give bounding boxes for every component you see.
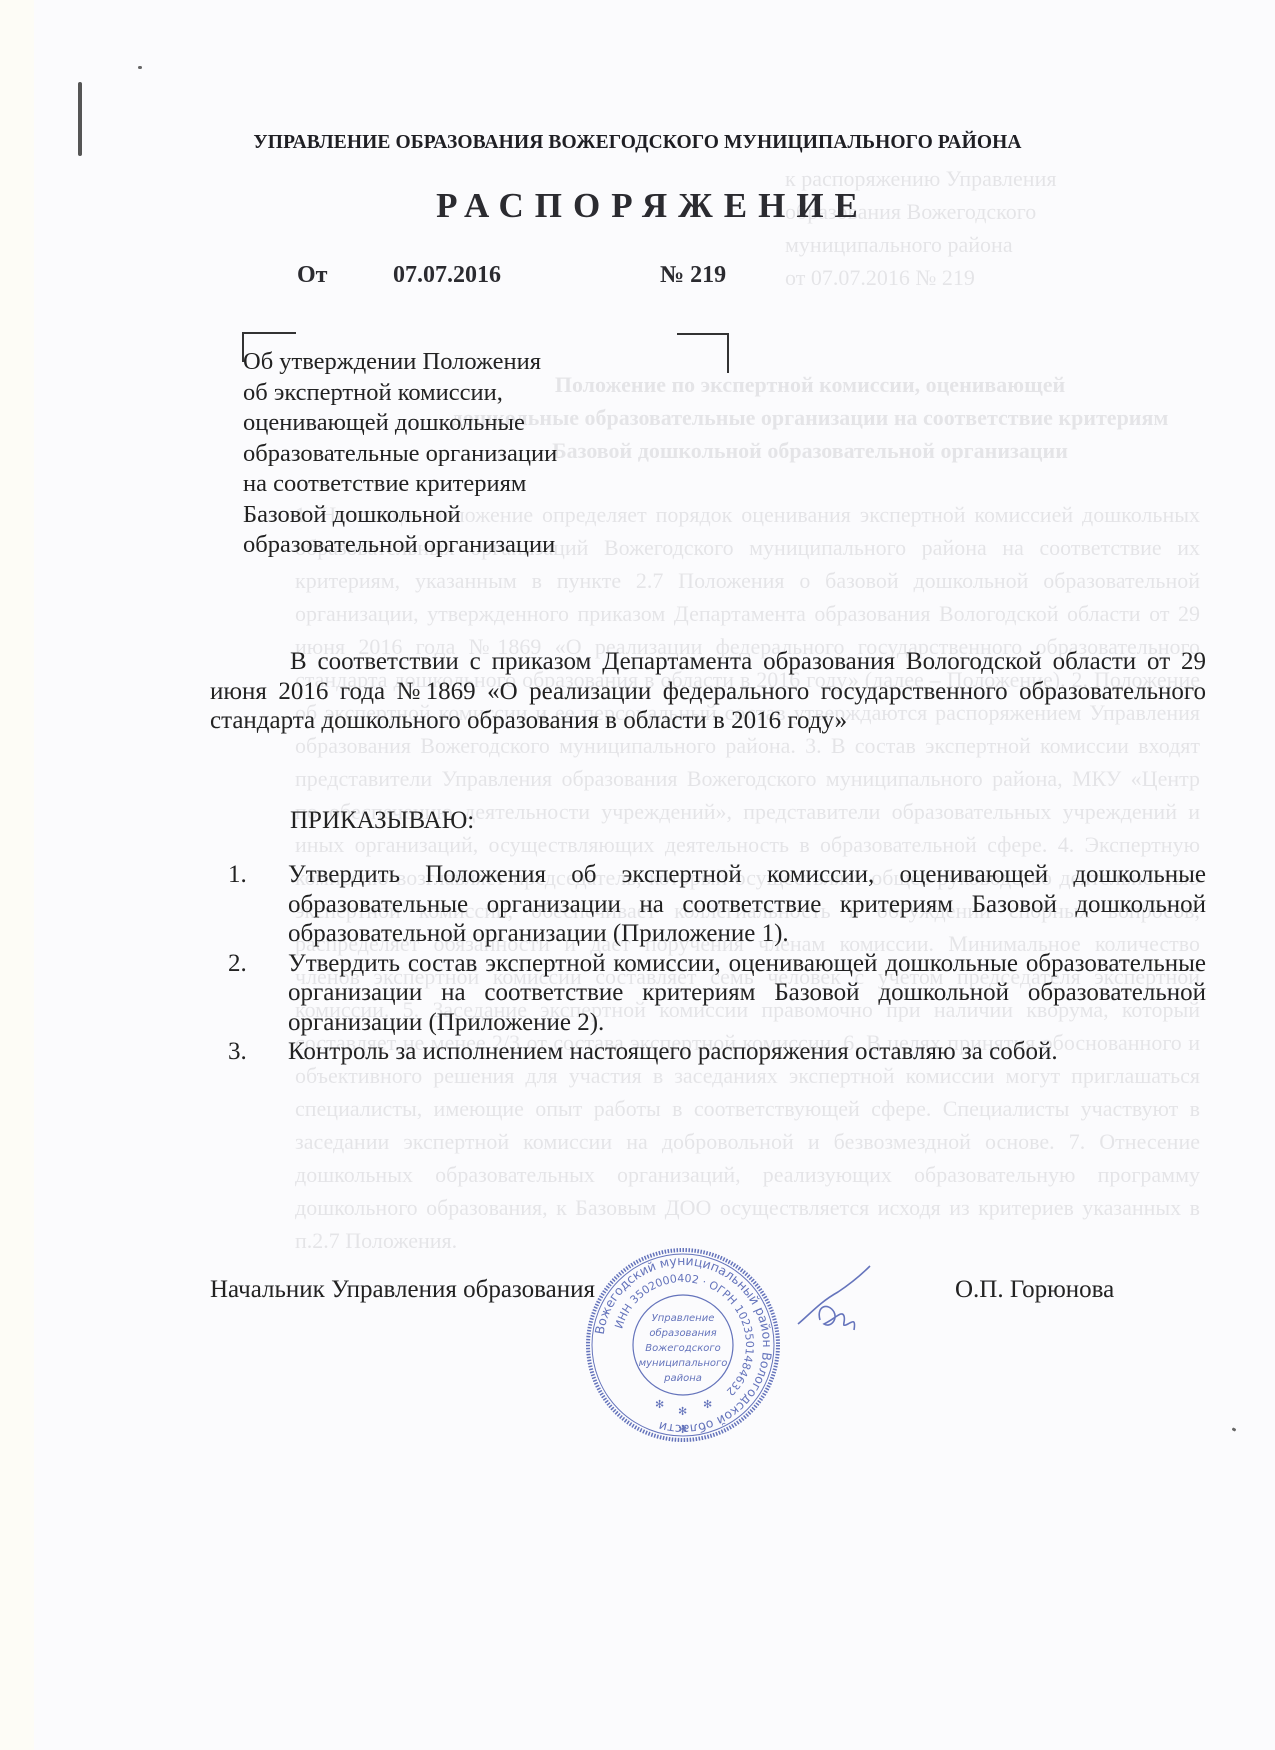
subject-line: Об утверждении Положения	[243, 347, 663, 378]
handwritten-signature-icon	[790, 1262, 880, 1342]
scan-left-edge	[0, 0, 34, 1750]
signatory-name: О.П. Горюнова	[955, 1276, 1114, 1304]
document-subject: Об утверждении Положения об экспертной к…	[243, 347, 663, 561]
preamble-text: В соответствии с приказом Департамента о…	[210, 648, 1206, 734]
item-text: Утвердить Положения об экспертной комисс…	[288, 860, 1206, 949]
scan-speck	[138, 66, 142, 69]
subject-bracket-right	[677, 333, 729, 373]
subject-line: образовательные организации	[243, 439, 663, 470]
svg-text:образования: образования	[649, 1327, 716, 1339]
bleed-through-appendix-header: к распоряжению Управления образования Во…	[785, 162, 1185, 294]
signatory-title: Начальник Управления образования	[210, 1276, 595, 1304]
item-text: Контроль за исполнением настоящего распо…	[288, 1037, 1206, 1067]
bleed-line: муниципального района	[785, 228, 1185, 261]
document-date: 07.07.2016	[393, 262, 501, 289]
date-prefix: От	[297, 262, 327, 289]
official-stamp-icon: Вожегодский муниципальный район Вологодс…	[583, 1245, 783, 1445]
item-text: Утвердить состав экспертной комиссии, оц…	[288, 949, 1206, 1038]
svg-text:Управление: Управление	[652, 1313, 715, 1324]
svg-text:✻: ✻	[703, 1398, 712, 1411]
item-number: 2.	[210, 949, 288, 1038]
scan-speck	[1232, 1427, 1237, 1432]
svg-text:✻: ✻	[655, 1398, 664, 1411]
order-item: 1. Утвердить Положения об экспертной ком…	[210, 860, 1206, 949]
order-item: 2. Утвердить состав экспертной комиссии,…	[210, 949, 1206, 1038]
order-item: 3. Контроль за исполнением настоящего ра…	[210, 1037, 1206, 1067]
subject-line: оценивающей дошкольные	[243, 408, 663, 439]
svg-text:муниципального: муниципального	[639, 1358, 728, 1369]
svg-text:✻: ✻	[678, 1405, 687, 1418]
subject-line: образовательной организации	[243, 530, 663, 561]
document-title: РАСПОРЯЖЕНИЕ	[0, 186, 1275, 226]
document-number: № 219	[660, 262, 726, 289]
organization-header: УПРАВЛЕНИЕ ОБРАЗОВАНИЯ ВОЖЕГОДСКОГО МУНИ…	[0, 132, 1275, 154]
subject-line: об экспертной комиссии,	[243, 378, 663, 409]
order-items-list: 1. Утвердить Положения об экспертной ком…	[210, 860, 1206, 1067]
svg-text:Вожегодского: Вожегодского	[645, 1343, 720, 1354]
preamble-paragraph: В соответствии с приказом Департамента о…	[210, 647, 1206, 736]
svg-text:района: района	[663, 1373, 702, 1384]
subject-line: на соответствие критериям	[243, 469, 663, 500]
item-number: 1.	[210, 860, 288, 949]
subject-line: Базовой дошкольной	[243, 500, 663, 531]
svg-text:✻: ✻	[678, 1423, 687, 1436]
order-heading: ПРИКАЗЫВАЮ:	[290, 807, 474, 835]
bleed-line: от 07.07.2016 № 219	[785, 261, 1185, 294]
item-number: 3.	[210, 1037, 288, 1067]
